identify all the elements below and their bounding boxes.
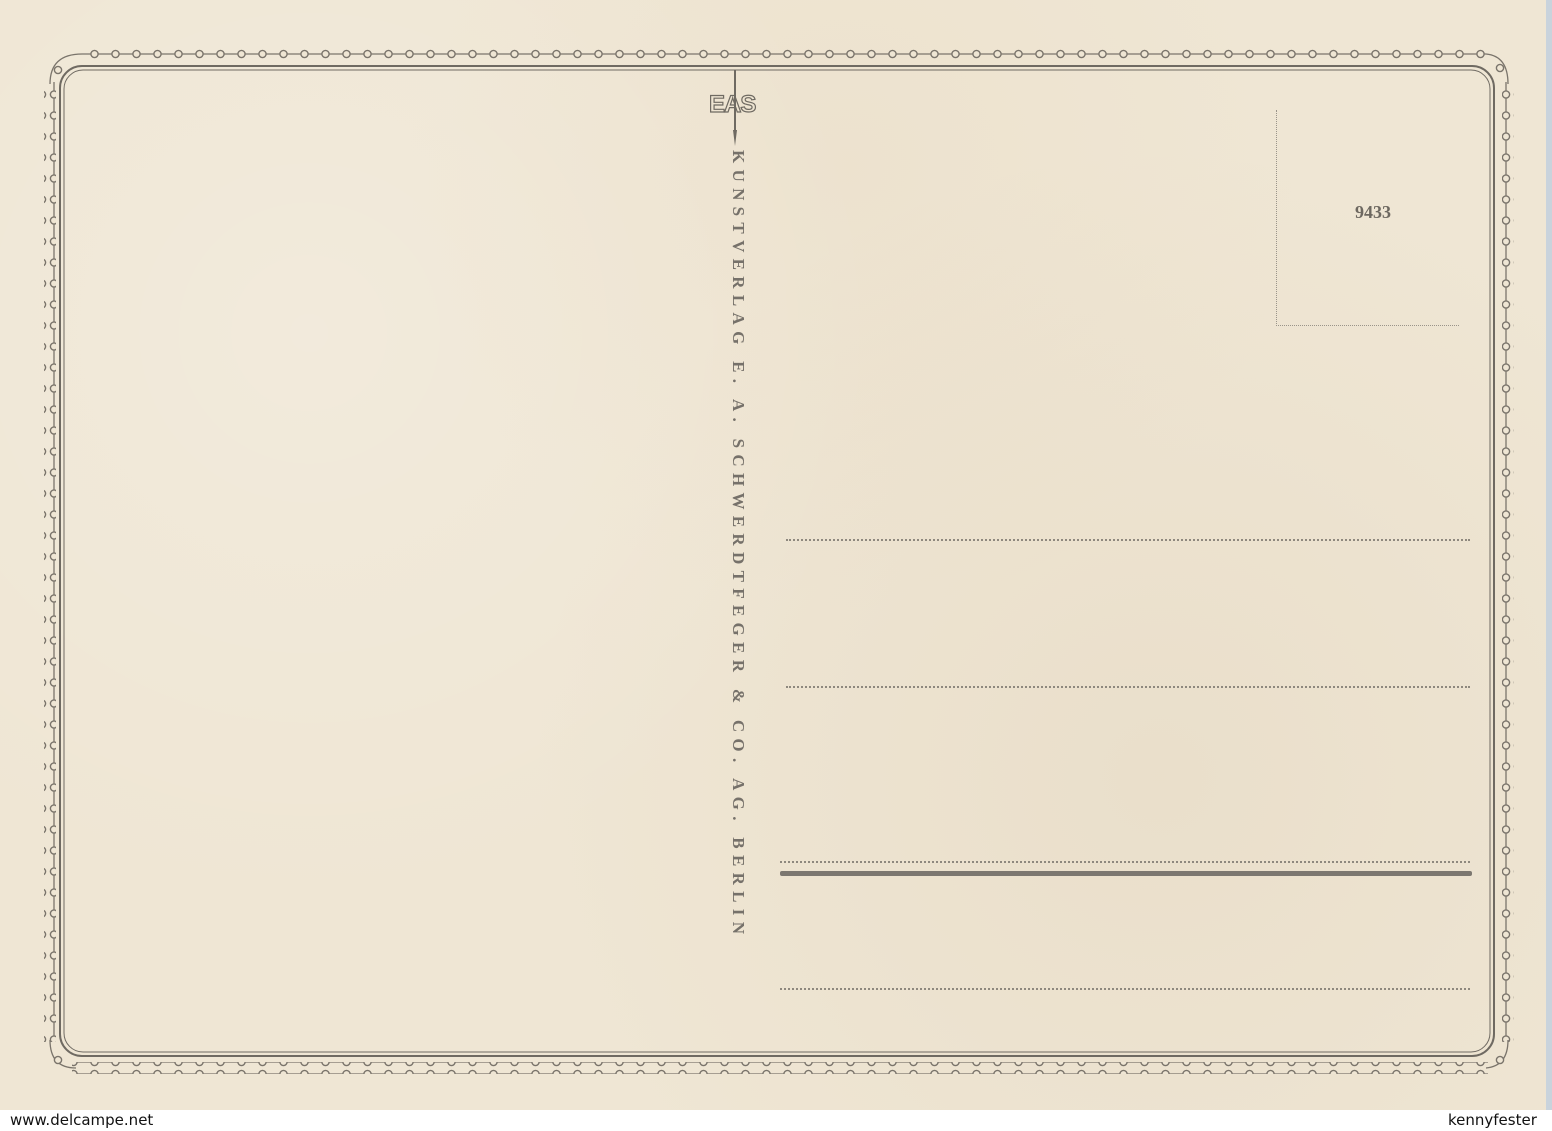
address-line-4 — [780, 988, 1470, 990]
logo-text: EAS — [709, 91, 755, 119]
publisher-imprint: KUNSTVERLAG E. A. SCHWERDTFEGER & CO. AG… — [728, 150, 748, 940]
watermark-right: kennyfester — [1448, 1111, 1537, 1129]
address-line-1 — [786, 539, 1470, 541]
stamp-box: 9433 — [1276, 110, 1459, 326]
publisher-logo: EAS — [700, 70, 770, 150]
card-number: 9433 — [1355, 202, 1391, 223]
postcard-back: EAS KUNSTVERLAG E. A. SCHWERDTFEGER & CO… — [0, 0, 1552, 1110]
address-line-3 — [780, 861, 1470, 863]
watermark-left: www.delcampe.net — [10, 1111, 153, 1129]
address-underline-thick — [780, 871, 1472, 876]
address-line-2 — [786, 686, 1470, 688]
